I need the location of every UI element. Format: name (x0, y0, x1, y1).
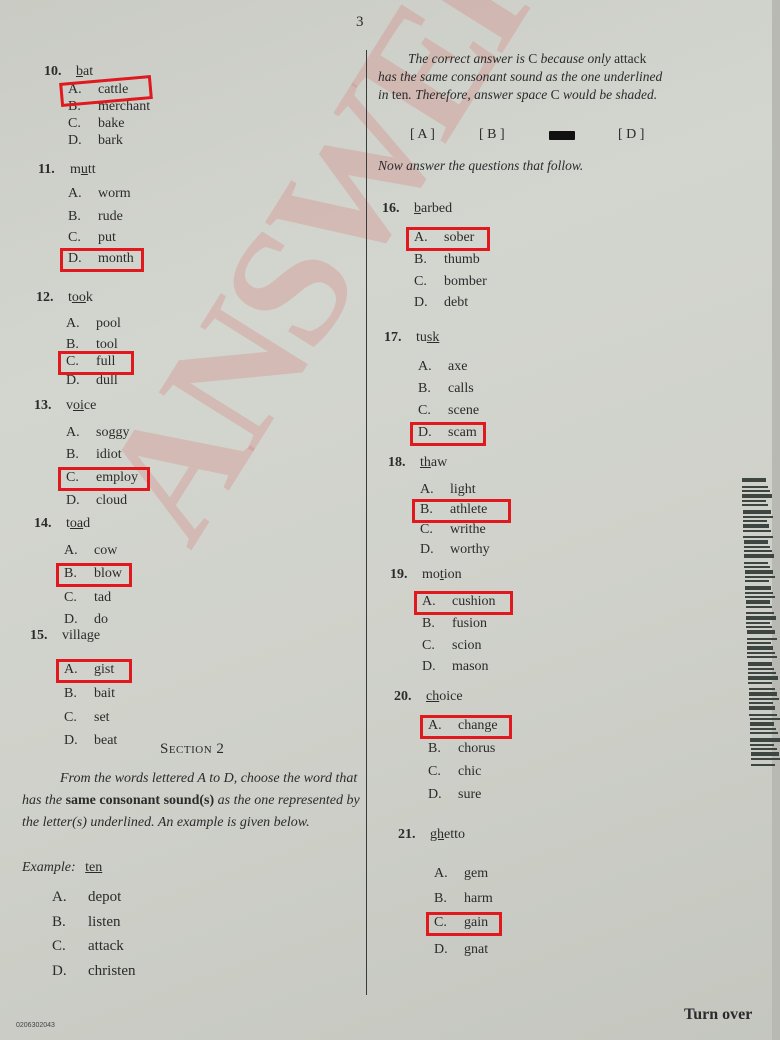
example-option-d: D.christen (52, 963, 135, 980)
answer-mark-box (406, 227, 490, 251)
option-text: depot (88, 889, 121, 905)
option-letter: D. (420, 542, 450, 558)
option-letter: A. (68, 186, 98, 202)
instructions-bold: same consonant sound(s) (66, 793, 215, 808)
question-word: motion (422, 567, 462, 583)
option-c[interactable]: C.set (64, 710, 110, 726)
question-17: 17.tusk (384, 330, 439, 346)
option-text: christen (88, 963, 135, 979)
option-letter: D. (64, 612, 94, 628)
answer-mark-box (58, 351, 134, 375)
option-text: mason (452, 659, 489, 674)
option-a[interactable]: A.light (420, 482, 476, 498)
option-letter: A. (420, 482, 450, 498)
question-19: 19.motion (390, 567, 462, 583)
option-letter: C. (68, 116, 98, 132)
option-letter: D. (52, 963, 88, 980)
option-letter: B. (418, 381, 448, 397)
answer-mark-box (426, 912, 502, 936)
explain-text: The correct answer is (408, 51, 528, 66)
question-18: 18.thaw (388, 455, 447, 471)
option-text: tool (96, 337, 118, 352)
question-number: 21. (398, 827, 430, 843)
question-word: toad (66, 516, 90, 532)
option-letter: B. (422, 616, 452, 632)
option-d[interactable]: D.do (64, 612, 108, 628)
option-c[interactable]: C.writhe (420, 522, 486, 538)
answer-mark-box (60, 248, 144, 272)
option-b[interactable]: B.harm (434, 891, 493, 907)
option-c[interactable]: C.bake (68, 116, 124, 132)
question-word: thaw (420, 455, 447, 471)
option-text: chic (458, 764, 481, 779)
option-letter: A. (66, 316, 96, 332)
option-b[interactable]: B.fusion (422, 616, 487, 632)
answer-mark-box (410, 422, 486, 446)
answer-space-c-shaded (549, 131, 575, 140)
question-16: 16.barbed (382, 201, 452, 217)
option-text: bait (94, 686, 115, 701)
option-d[interactable]: D.bark (68, 133, 123, 149)
option-b[interactable]: B.rude (68, 209, 123, 225)
option-text: bark (98, 133, 123, 148)
option-text: scene (448, 403, 479, 418)
answer-mark-box (56, 659, 132, 683)
question-word: took (68, 290, 93, 306)
option-b[interactable]: B.bait (64, 686, 115, 702)
option-text: beat (94, 733, 117, 748)
question-number: 17. (384, 330, 416, 346)
option-text: dull (96, 373, 118, 388)
option-letter: D. (66, 493, 96, 509)
option-a[interactable]: A.gem (434, 866, 488, 882)
question-word: voice (66, 398, 96, 414)
explain-text: . Therefore, answer space (408, 87, 550, 102)
option-d[interactable]: D.dull (66, 373, 118, 389)
option-text: bomber (444, 274, 487, 289)
option-text: set (94, 710, 110, 725)
explain-word: ten (392, 87, 409, 102)
example-option-a: A.depot (52, 889, 121, 906)
option-text: do (94, 612, 108, 627)
answer-space-a: [ A ] (410, 127, 435, 143)
question-number: 18. (388, 455, 420, 471)
option-text: light (450, 482, 476, 497)
question-12: 12.took (36, 290, 93, 306)
option-text: debt (444, 295, 468, 310)
option-letter: C. (422, 638, 452, 654)
example-option-c: C.attack (52, 938, 124, 955)
question-number: 20. (394, 689, 426, 705)
answer-mark-box (58, 467, 150, 491)
option-c[interactable]: C.put (68, 230, 116, 246)
option-letter: D. (414, 295, 444, 311)
question-14: 14.toad (34, 516, 90, 532)
example-heading: Example: ten (22, 860, 102, 876)
answer-mark-box (414, 591, 513, 615)
question-number: 13. (34, 398, 66, 414)
section-title: Section 2 (160, 741, 224, 758)
option-d[interactable]: D.sure (428, 787, 481, 803)
option-letter: A. (418, 359, 448, 375)
question-number: 10. (44, 64, 76, 80)
question-number: 12. (36, 290, 68, 306)
option-text: pool (96, 316, 121, 331)
option-letter: C. (418, 403, 448, 419)
option-letter: A. (64, 543, 94, 559)
question-number: 15. (30, 628, 62, 644)
option-letter: A. (434, 866, 464, 882)
footer-code: 0206302043 (16, 1022, 55, 1029)
option-letter: B. (64, 686, 94, 702)
option-c[interactable]: C.scene (418, 403, 479, 419)
option-d[interactable]: D.cloud (66, 493, 127, 509)
option-text: harm (464, 891, 493, 906)
option-a[interactable]: A.cow (64, 543, 117, 559)
question-number: 19. (390, 567, 422, 583)
option-text: chorus (458, 741, 495, 756)
question-11: 11.mutt (38, 162, 96, 178)
option-text: sure (458, 787, 481, 802)
option-d[interactable]: D.debt (414, 295, 468, 311)
option-letter: C. (64, 710, 94, 726)
explain-answer: C (551, 87, 560, 102)
question-number: 11. (38, 162, 70, 178)
option-letter: C. (420, 522, 450, 538)
column-divider (366, 50, 367, 995)
option-text: axe (448, 359, 467, 374)
option-text: scion (452, 638, 482, 653)
option-letter: B. (52, 914, 88, 931)
turn-over-label: Turn over (684, 1006, 752, 1024)
question-10: 10.bat (44, 64, 93, 80)
question-20: 20.choice (394, 689, 463, 705)
question-13: 13.voice (34, 398, 96, 414)
question-word: village (62, 628, 100, 644)
option-text: attack (88, 938, 124, 954)
example-option-b: B.listen (52, 914, 121, 931)
option-letter: C. (68, 230, 98, 246)
answer-mark-box (420, 715, 512, 739)
explain-text: would be shaded. (560, 87, 658, 102)
option-c[interactable]: C.scion (422, 638, 482, 654)
option-a[interactable]: A.worm (68, 186, 131, 202)
question-word: tusk (416, 330, 439, 346)
option-a[interactable]: A.pool (66, 316, 121, 332)
option-text: worthy (450, 542, 490, 557)
option-text: rude (98, 209, 123, 224)
question-word: mutt (70, 162, 96, 178)
question-21: 21.ghetto (398, 827, 465, 843)
option-letter: C. (428, 764, 458, 780)
question-number: 16. (382, 201, 414, 217)
option-letter: C. (64, 590, 94, 606)
answer-mark-box (412, 499, 511, 523)
option-text: idiot (96, 447, 122, 462)
option-letter: B. (66, 447, 96, 463)
option-letter: C. (414, 274, 444, 290)
option-letter: D. (64, 733, 94, 749)
option-letter: B. (414, 252, 444, 268)
example-explanation: The correct answer is C because only att… (378, 50, 668, 104)
example-word: ten (85, 860, 102, 875)
answer-space-b: [ B ] (479, 127, 505, 143)
option-text: calls (448, 381, 474, 396)
option-letter: B. (68, 209, 98, 225)
option-text: cow (94, 543, 117, 558)
option-letter: D. (422, 659, 452, 675)
option-letter: D. (68, 133, 98, 149)
explain-text: because only (537, 51, 614, 66)
answer-space-d: [ D ] (618, 127, 644, 143)
option-text: gnat (464, 942, 488, 957)
question-15: 15.village (30, 628, 100, 644)
example-label: Example: (22, 860, 76, 875)
now-answer-text: Now answer the questions that follow. (378, 158, 583, 174)
option-text: gem (464, 866, 488, 881)
option-text: listen (88, 914, 121, 930)
option-letter: D. (66, 373, 96, 389)
option-text: thumb (444, 252, 480, 267)
option-b[interactable]: B.chorus (428, 741, 495, 757)
option-text: cloud (96, 493, 127, 508)
question-word: choice (426, 689, 463, 705)
question-number: 14. (34, 516, 66, 532)
question-word: barbed (414, 201, 452, 217)
page-number: 3 (356, 14, 364, 31)
option-text: fusion (452, 616, 487, 631)
option-b[interactable]: B.calls (418, 381, 474, 397)
option-text: tad (94, 590, 111, 605)
exam-page: ANSWERED 3 10.batA.cattleB.merchantC.bak… (0, 0, 780, 1040)
explain-word: attack (614, 51, 646, 66)
option-b[interactable]: B.idiot (66, 447, 122, 463)
option-letter: B. (434, 891, 464, 907)
option-b[interactable]: B.thumb (414, 252, 480, 268)
option-d[interactable]: D.worthy (420, 542, 490, 558)
option-letter: D. (434, 942, 464, 958)
option-a[interactable]: A.soggy (66, 425, 129, 441)
option-text: worm (98, 186, 131, 201)
option-letter: A. (52, 889, 88, 906)
explain-answer: C (528, 51, 537, 66)
section-instructions: From the words lettered A to D, choose t… (22, 768, 367, 834)
question-word: bat (76, 64, 93, 80)
option-letter: A. (66, 425, 96, 441)
option-letter: D. (428, 787, 458, 803)
option-letter: C. (52, 938, 88, 955)
option-c[interactable]: C.bomber (414, 274, 487, 290)
option-d[interactable]: D.mason (422, 659, 489, 675)
option-text: writhe (450, 522, 486, 537)
option-text: soggy (96, 425, 129, 440)
option-d[interactable]: D.beat (64, 733, 117, 749)
option-c[interactable]: C.tad (64, 590, 111, 606)
option-a[interactable]: A.axe (418, 359, 467, 375)
option-c[interactable]: C.chic (428, 764, 481, 780)
option-text: put (98, 230, 116, 245)
option-d[interactable]: D.gnat (434, 942, 488, 958)
option-text: bake (98, 116, 124, 131)
question-word: ghetto (430, 827, 465, 843)
answer-mark-box (56, 563, 132, 587)
barcode (742, 478, 776, 768)
option-letter: B. (428, 741, 458, 757)
